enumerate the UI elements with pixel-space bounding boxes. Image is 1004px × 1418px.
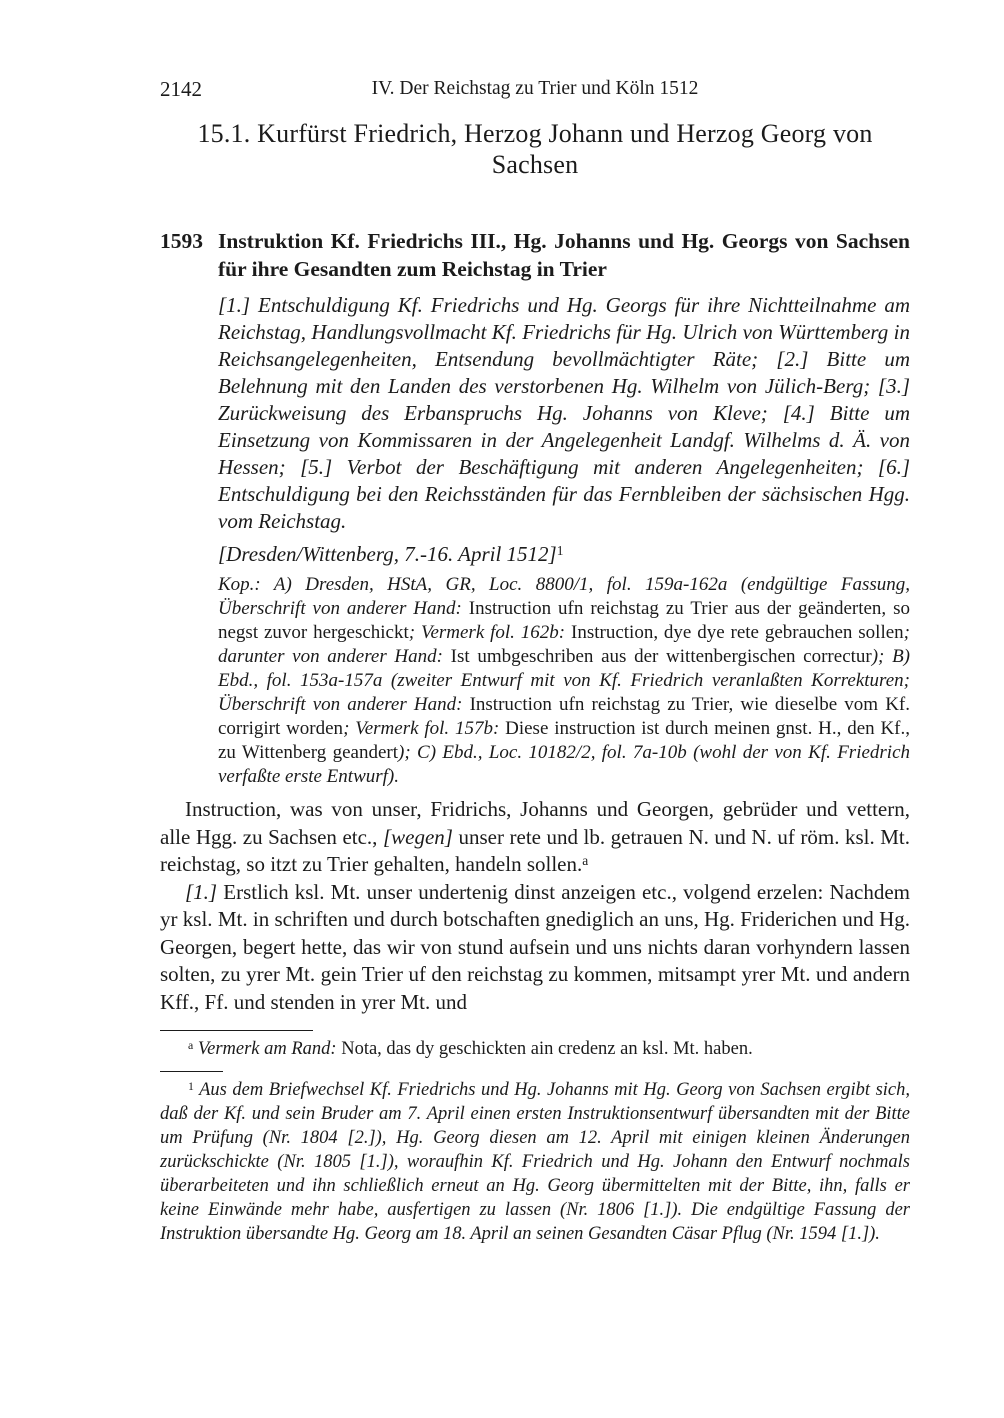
book-page: 2142 IV. Der Reichstag zu Trier und Köln… [160,76,910,1250]
entry-number: 1593 [160,227,218,283]
body-paragraph: Instruction, was von unser, Fridrichs, J… [160,796,910,879]
entry-title: Instruktion Kf. Friedrichs III., Hg. Joh… [218,227,910,283]
source-note: Kop.: A) Dresden, HStA, GR, Loc. 8800/1,… [218,573,910,789]
entry-dateline: [Dresden/Wittenberg, 7.-16. April 1512]1 [218,541,910,568]
footnote-separator-a [160,1030,313,1031]
footnotes: a Vermerk am Rand: Nota, das dy geschick… [160,1030,910,1246]
entry-body: Instruction, was von unser, Fridrichs, J… [160,796,910,1016]
entry-summary: [1.] Entschuldigung Kf. Friedrichs und H… [218,292,910,535]
section-heading: 15.1. Kurfürst Friedrich, Herzog Johann … [160,118,910,180]
footnote-1: 1 Aus dem Briefwechsel Kf. Friedrichs un… [160,1078,910,1246]
page-header: 2142 IV. Der Reichstag zu Trier und Köln… [160,76,910,102]
body-paragraph: [1.] Erstlich ksl. Mt. unser undertenig … [160,879,910,1017]
page-number: 2142 [160,76,202,102]
entry-1593: 1593 Instruktion Kf. Friedrichs III., Hg… [160,227,910,1016]
footnote-separator-1 [160,1071,223,1072]
running-head: IV. Der Reichstag zu Trier und Köln 1512 [160,76,910,102]
entry-head: 1593 Instruktion Kf. Friedrichs III., Hg… [160,227,910,283]
footnote-a: a Vermerk am Rand: Nota, das dy geschick… [160,1037,910,1061]
